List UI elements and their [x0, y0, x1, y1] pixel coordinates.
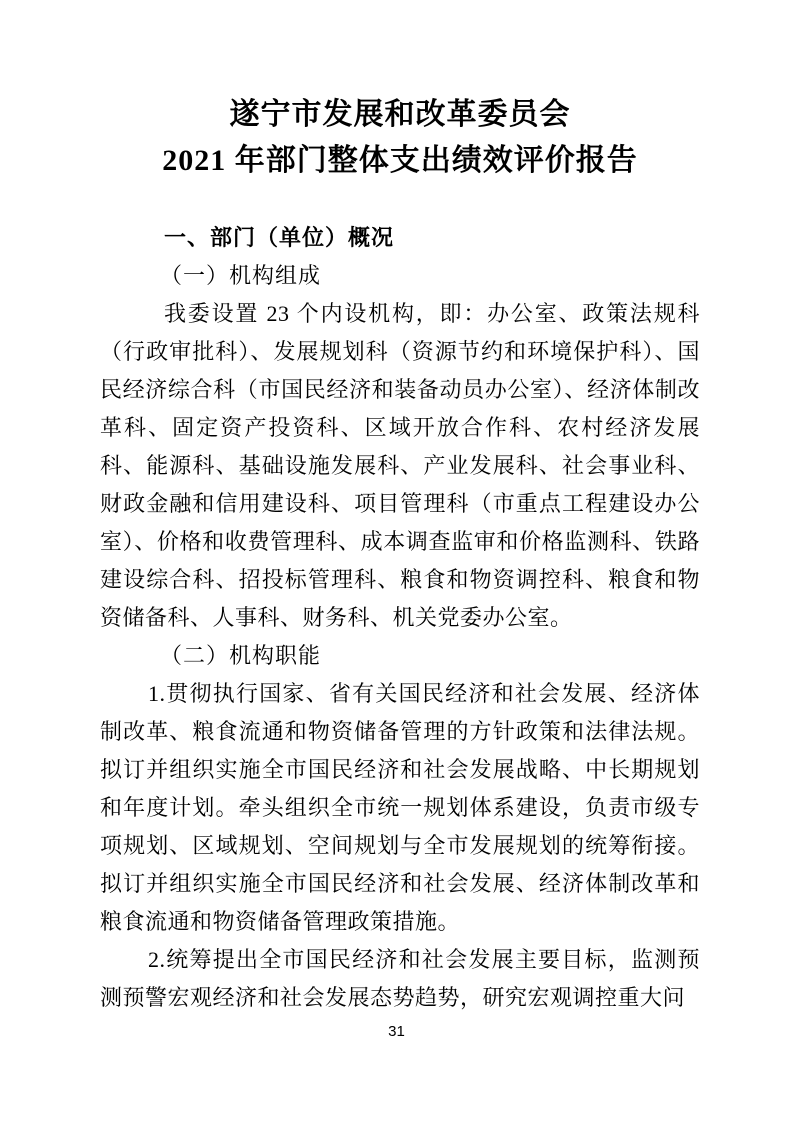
document-title-line1: 遂宁市发展和改革委员会 — [100, 92, 700, 138]
document-title: 遂宁市发展和改革委员会 2021 年部门整体支出绩效评价报告 — [100, 92, 700, 184]
section-heading-overview: 一、部门（单位）概况 — [100, 219, 700, 257]
subsection-heading-functions: （二）机构职能 — [100, 637, 700, 675]
paragraph-organization-composition: 我委设置 23 个内设机构，即：办公室、政策法规科（行政审批科）、发展规划科（资… — [100, 295, 700, 637]
document-page: 遂宁市发展和改革委员会 2021 年部门整体支出绩效评价报告 一、部门（单位）概… — [0, 0, 793, 1122]
subsection-heading-organization: （一）机构组成 — [100, 257, 700, 295]
paragraph-function-2: 2.统筹提出全市国民经济和社会发展主要目标，监测预测预警宏观经济和社会发展态势趋… — [100, 941, 700, 1017]
page-number: 31 — [0, 1022, 793, 1042]
document-title-line2: 2021 年部门整体支出绩效评价报告 — [100, 138, 700, 184]
paragraph-function-1: 1.贯彻执行国家、省有关国民经济和社会发展、经济体制改革、粮食流通和物资储备管理… — [100, 675, 700, 941]
